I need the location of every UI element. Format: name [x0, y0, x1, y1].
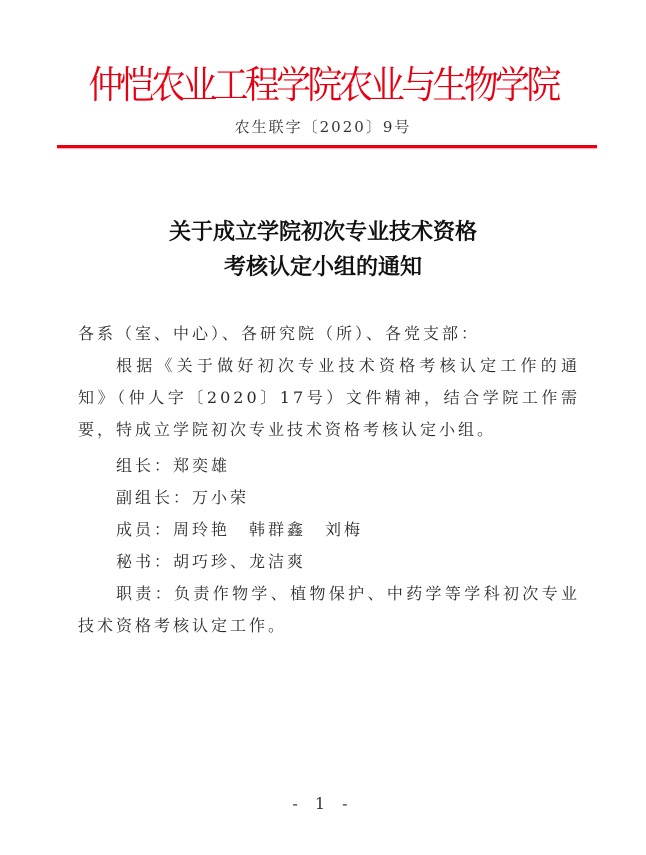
notice-title: 关于成立学院初次专业技术资格 考核认定小组的通知 [0, 215, 646, 285]
member-members: 成员：周玲艳 韩群鑫 刘梅 [78, 514, 580, 546]
organization-name: 仲恺农业工程学院农业与生物学院 [88, 60, 557, 110]
member-names: 万小荣 [192, 488, 249, 507]
notice-title-line-2: 考核认定小组的通知 [0, 250, 646, 285]
member-secretary: 秘书：胡巧珍、龙洁爽 [78, 546, 580, 578]
page-number: - 1 - [0, 792, 646, 816]
notice-title-line-1: 关于成立学院初次专业技术资格 [0, 215, 646, 250]
paragraph-basis: 根据《关于做好初次专业技术资格考核认定工作的通知》（仲人字〔2020〕17号）文… [78, 350, 580, 446]
member-names: 胡巧珍、龙洁爽 [173, 552, 306, 571]
role-label: 组长： [116, 456, 173, 475]
role-label: 秘书： [116, 552, 173, 571]
duties-paragraph: 职责：负责作物学、植物保护、中药学等学科初次专业技术资格考核认定工作。 [78, 578, 580, 642]
role-label: 成员： [116, 520, 173, 539]
document-number: 农生联字〔2020〕9号 [0, 116, 646, 138]
member-leader: 组长：郑奕雄 [78, 450, 580, 482]
member-names: 周玲艳 韩群鑫 刘梅 [173, 520, 363, 539]
member-names: 郑奕雄 [173, 456, 230, 475]
salutation: 各系（室、中心）、各研究院（所）、各党支部： [78, 318, 580, 350]
red-header-rule [57, 145, 597, 148]
document-page: 仲恺农业工程学院农业与生物学院 农生联字〔2020〕9号 关于成立学院初次专业技… [0, 0, 646, 855]
role-label: 副组长： [116, 488, 192, 507]
member-deputy-leader: 副组长：万小荣 [78, 482, 580, 514]
notice-body: 各系（室、中心）、各研究院（所）、各党支部： 根据《关于做好初次专业技术资格考核… [78, 318, 580, 642]
organization-header: 仲恺农业工程学院农业与生物学院 [0, 60, 646, 110]
